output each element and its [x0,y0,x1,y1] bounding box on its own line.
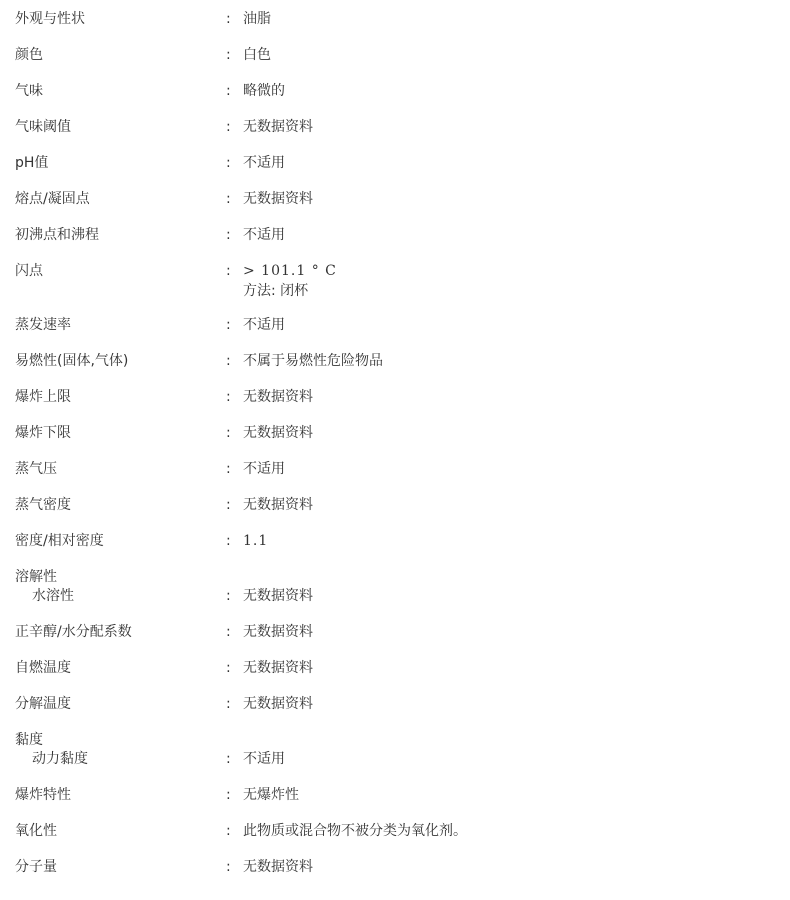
separator-colon: : [226,190,231,208]
property-label: 闪点 [15,262,43,280]
property-value: 不适用 [243,226,285,244]
property-label: 蒸气密度 [15,496,71,514]
separator-colon: : [226,118,231,136]
property-value: 不适用 [243,316,285,334]
property-label: 密度/相对密度 [15,532,104,550]
separator-colon: : [226,352,231,370]
property-value: 无数据资料 [243,496,313,514]
property-value: 无数据资料 [243,587,313,605]
property-label: 溶解性 [15,568,57,586]
property-value: 略微的 [243,82,285,100]
property-value: 无数据资料 [243,695,313,713]
separator-colon: : [226,822,231,840]
property-label: 分解温度 [15,695,71,713]
property-value: 不适用 [243,460,285,478]
property-label: 自燃温度 [15,659,71,677]
property-value: 无数据资料 [243,190,313,208]
property-value: 无数据资料 [243,623,313,641]
property-value: 无数据资料 [243,388,313,406]
property-value: 无爆炸性 [243,786,299,804]
separator-colon: : [226,82,231,100]
separator-colon: : [226,623,231,641]
property-value: 此物质或混合物不被分类为氧化剂。 [243,822,467,840]
separator-colon: : [226,496,231,514]
property-value: 不属于易燃性危险物品 [243,352,383,370]
property-label: 蒸发速率 [15,316,71,334]
property-value: > 101.1 ° C [243,262,337,280]
separator-colon: : [226,226,231,244]
separator-colon: : [226,695,231,713]
property-label: 爆炸特性 [15,786,71,804]
separator-colon: : [226,46,231,64]
property-label: 初沸点和沸程 [15,226,99,244]
property-value: 白色 [243,46,271,64]
property-label: 氧化性 [15,822,57,840]
property-value: 无数据资料 [243,118,313,136]
property-sublabel: 动力黏度 [32,750,88,768]
property-value: 不适用 [243,154,285,172]
property-value: 不适用 [243,750,285,768]
separator-colon: : [226,10,231,28]
separator-colon: : [226,262,231,280]
separator-colon: : [226,587,231,605]
property-label: 爆炸下限 [15,424,71,442]
separator-colon: : [226,424,231,442]
property-label: 气味 [15,82,43,100]
property-value: 油脂 [243,10,271,28]
property-value-method: 方法: 闭杯 [243,282,308,300]
property-label: 黏度 [15,731,43,749]
property-value: 1.1 [243,532,268,550]
property-sublabel: 水溶性 [32,587,74,605]
property-value: 无数据资料 [243,424,313,442]
property-value: 无数据资料 [243,659,313,677]
separator-colon: : [226,388,231,406]
property-value: 无数据资料 [243,858,313,876]
property-label: 分子量 [15,858,57,876]
separator-colon: : [226,460,231,478]
separator-colon: : [226,750,231,768]
separator-colon: : [226,154,231,172]
separator-colon: : [226,659,231,677]
property-label: pH值 [15,154,48,172]
separator-colon: : [226,786,231,804]
property-label: 易燃性(固体,气体) [15,352,128,370]
property-label: 正辛醇/水分配系数 [15,623,132,641]
separator-colon: : [226,532,231,550]
property-label: 熔点/凝固点 [15,190,90,208]
separator-colon: : [226,858,231,876]
property-label: 蒸气压 [15,460,57,478]
property-label: 气味阈值 [15,118,71,136]
property-label: 爆炸上限 [15,388,71,406]
property-label: 颜色 [15,46,43,64]
separator-colon: : [226,316,231,334]
property-label: 外观与性状 [15,10,85,28]
